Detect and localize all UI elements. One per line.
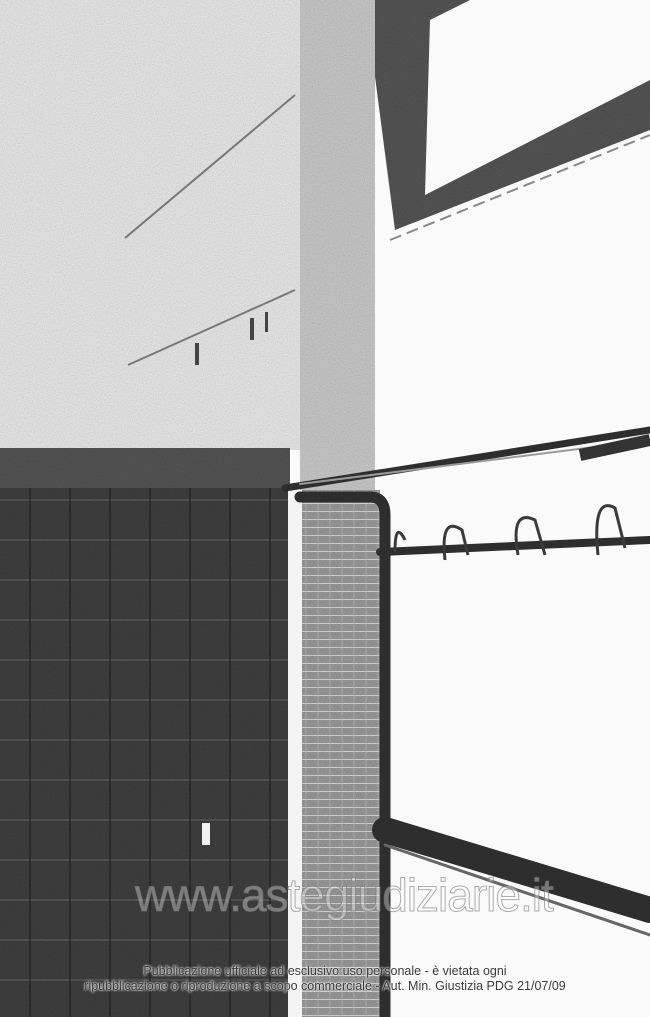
- dark-wall-panel: [0, 448, 290, 1017]
- watermark: www.astegiudiziarie.it: [135, 868, 535, 922]
- caption-line-1: Pubblicazione ufficiale ad esclusivo uso…: [0, 964, 650, 979]
- left-wall: [0, 0, 300, 450]
- caption-line-2: ripubblicazione o riproduzione a scopo c…: [0, 979, 650, 994]
- light-switch: [202, 823, 210, 845]
- interior-photo: [0, 0, 650, 1017]
